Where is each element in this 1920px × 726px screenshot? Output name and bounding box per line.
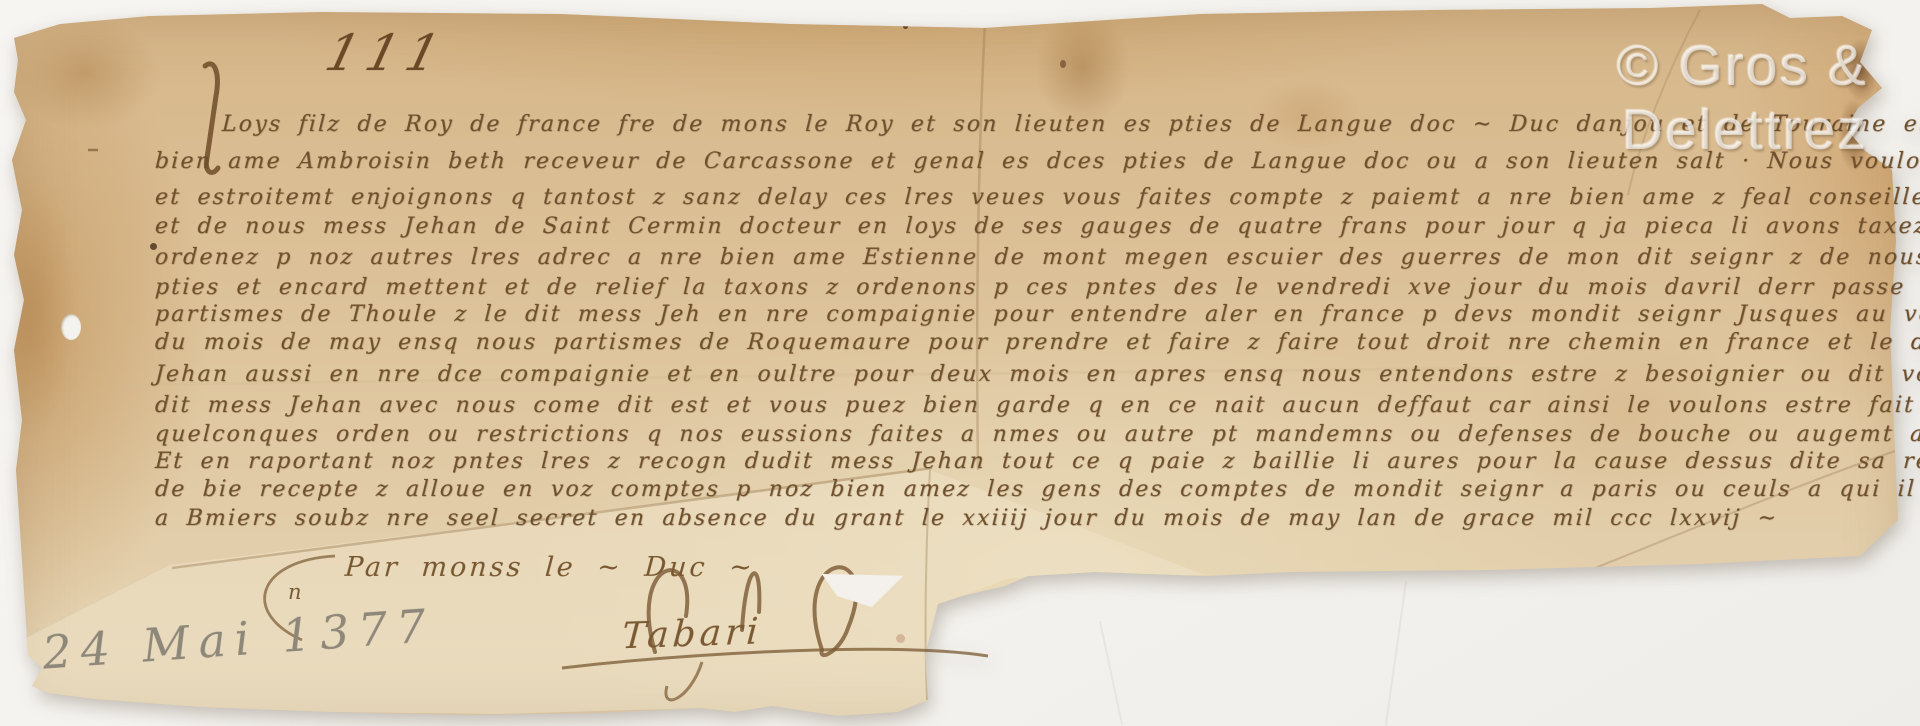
paraph-n-mark: n <box>288 580 302 604</box>
ink-spot <box>903 24 908 29</box>
manuscript-line: et de nous mess Jehan de Saint Cermin do… <box>154 214 1920 239</box>
watermark-line2: Delettrez <box>1617 98 1868 162</box>
manuscript-line: du mois de may ensq nous partismes de Ro… <box>154 330 1920 355</box>
manuscript-line: et estroitemt enjoignons q tantost z san… <box>154 185 1920 210</box>
ink-spot <box>1060 60 1066 68</box>
manuscript-line: a Bmiers soubz nre seel secret en absenc… <box>154 506 1778 531</box>
secretary-signature: Tabari <box>621 611 764 657</box>
watermark: © Gros & Delettrez <box>1617 34 1868 162</box>
folio-number: 111 <box>320 24 454 82</box>
manuscript-line: pties et encard mettent et de relief la … <box>154 275 1920 300</box>
subscription-par-le-duc: Par monss le ~ Duc ~ <box>344 552 756 583</box>
manuscript-line: de bie recepte z alloue en voz comptes p… <box>154 477 1920 502</box>
red-spot <box>896 634 905 643</box>
stain <box>10 15 160 130</box>
stain <box>1035 8 1130 128</box>
manuscript-line: dit mess Jehan avec nous come dit est et… <box>154 393 1920 418</box>
manuscript-line: quelconques orden ou restrictions q nos … <box>154 422 1920 447</box>
manuscript-line: Jehan aussi en nre dce compaignie et en … <box>154 362 1920 387</box>
manuscript-line: ordenez p noz autres lres adrec a nre bi… <box>154 245 1920 270</box>
stain <box>0 170 75 440</box>
manuscript-line: Et en raportant noz pntes lres z recogn … <box>154 449 1920 474</box>
photograph-of-manuscript: 111 Loys filz de Roy de france fre de mo… <box>0 0 1920 726</box>
watermark-line1: © Gros & <box>1617 34 1868 98</box>
parchment-hole <box>61 314 81 340</box>
manuscript-line: partismes de Thoule z le dit mess Jeh en… <box>154 302 1920 327</box>
